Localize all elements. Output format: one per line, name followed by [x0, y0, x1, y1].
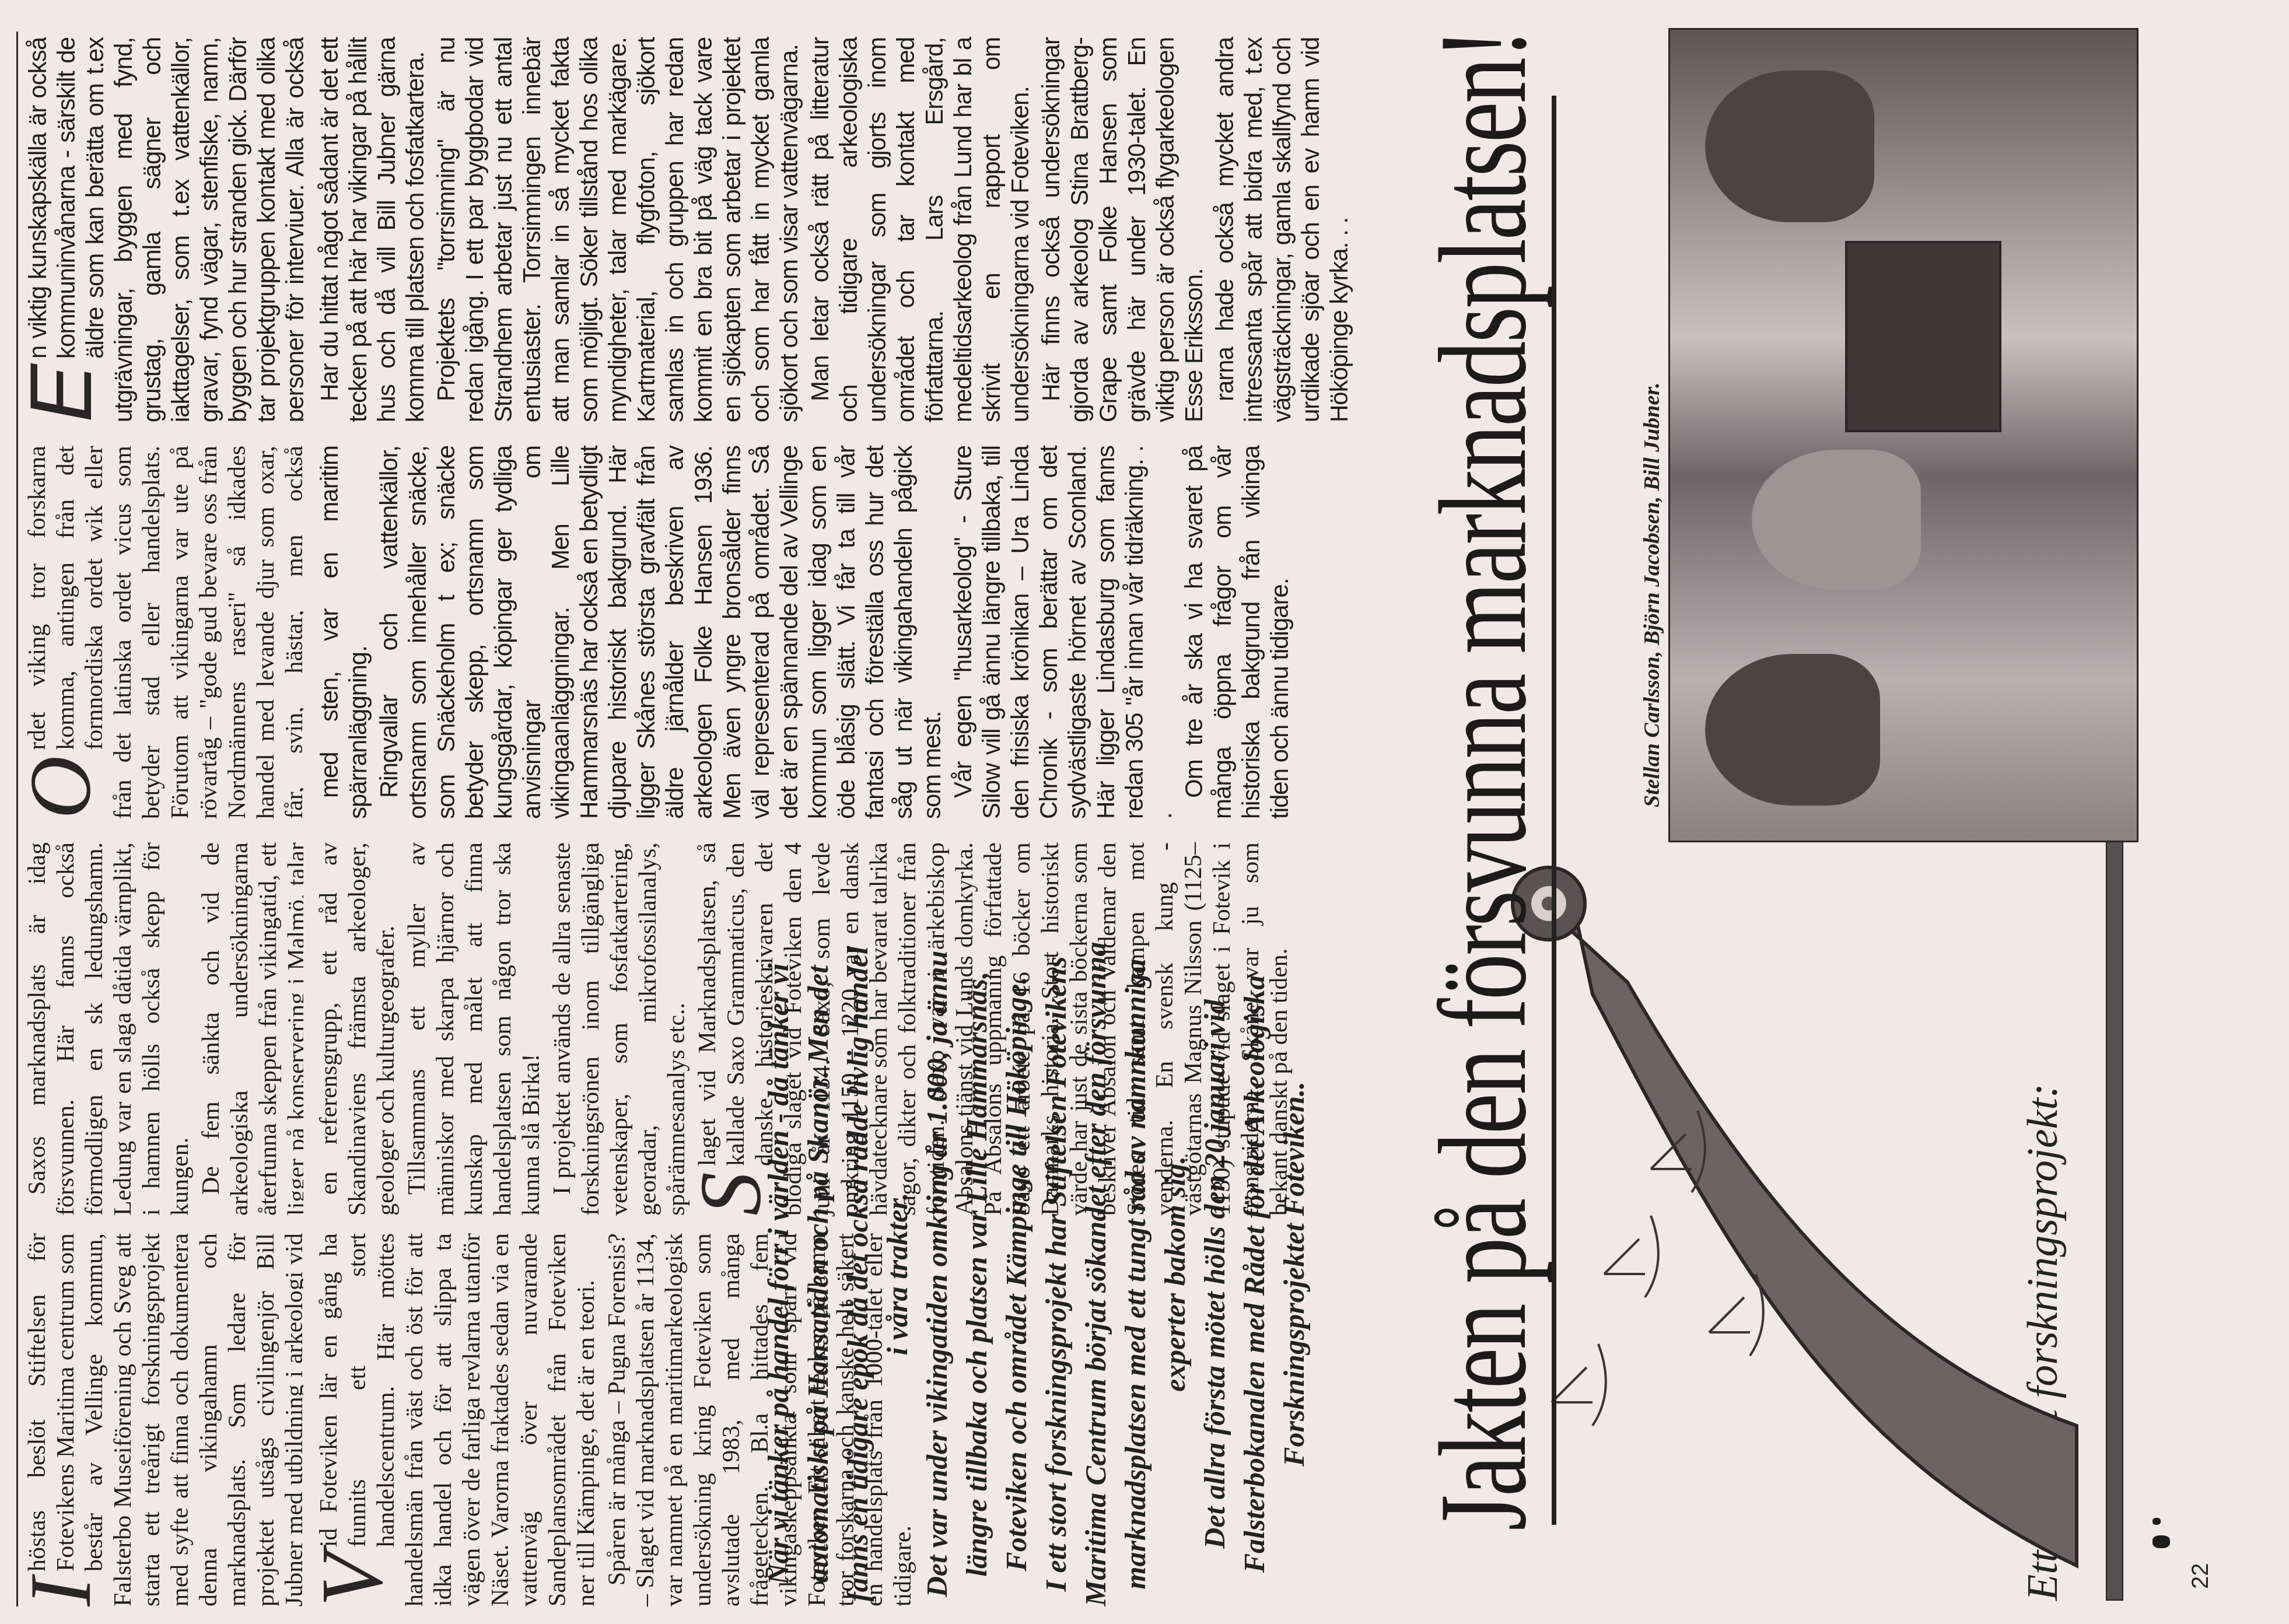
headline: Jakten på den försvunna marknadsplatsen! [1412, 30, 1555, 1531]
person-silhouette [1705, 654, 1880, 806]
article-column: I höstas beslöt Stiftelsen för Foteviken… [23, 1233, 303, 1606]
drop-cap: I [26, 1577, 96, 1606]
article-column: Vid Foteviken lär en gång ha funnits ett… [315, 1233, 920, 1606]
display-board [1845, 241, 2001, 432]
newspaper-page: 22 Ett treårigt forskningsprojekt: Stell… [0, 0, 2289, 1624]
article-column: Ordet viking tror forskarna komma, antin… [23, 446, 303, 819]
page-number: 22 [2187, 1563, 2214, 1590]
article-column: Har du hittat något sådant är det ett te… [315, 37, 1356, 422]
drop-cap: E [26, 365, 96, 422]
article-column: Saxos marknadsplats är idag försvunnen. … [23, 842, 303, 1216]
bottom-rule [16, 32, 18, 1606]
person-silhouette [1705, 71, 1874, 222]
drop-cap: O [26, 756, 96, 819]
article-column: en referensgrupp, ett råd av Skandinavie… [315, 842, 1296, 1216]
headline-underline [1552, 96, 1556, 1525]
drop-cap: S [696, 1172, 766, 1216]
person-silhouette [1752, 450, 1921, 590]
article-column: En viktig kunskapskälla är också kommuni… [23, 37, 303, 422]
viking-ship-stem-illustration [1505, 842, 2088, 1601]
ink-blot [2152, 1535, 2170, 1548]
drop-cap: V [317, 1553, 387, 1606]
group-photo [1668, 28, 2138, 842]
article-column: med sten, var en maritim spärranläggning… [315, 446, 1296, 819]
photo-caption: Stellan Carlsson, Björn Jacobsen, Bill J… [1639, 382, 1665, 807]
ink-blot [2152, 1518, 2161, 1525]
